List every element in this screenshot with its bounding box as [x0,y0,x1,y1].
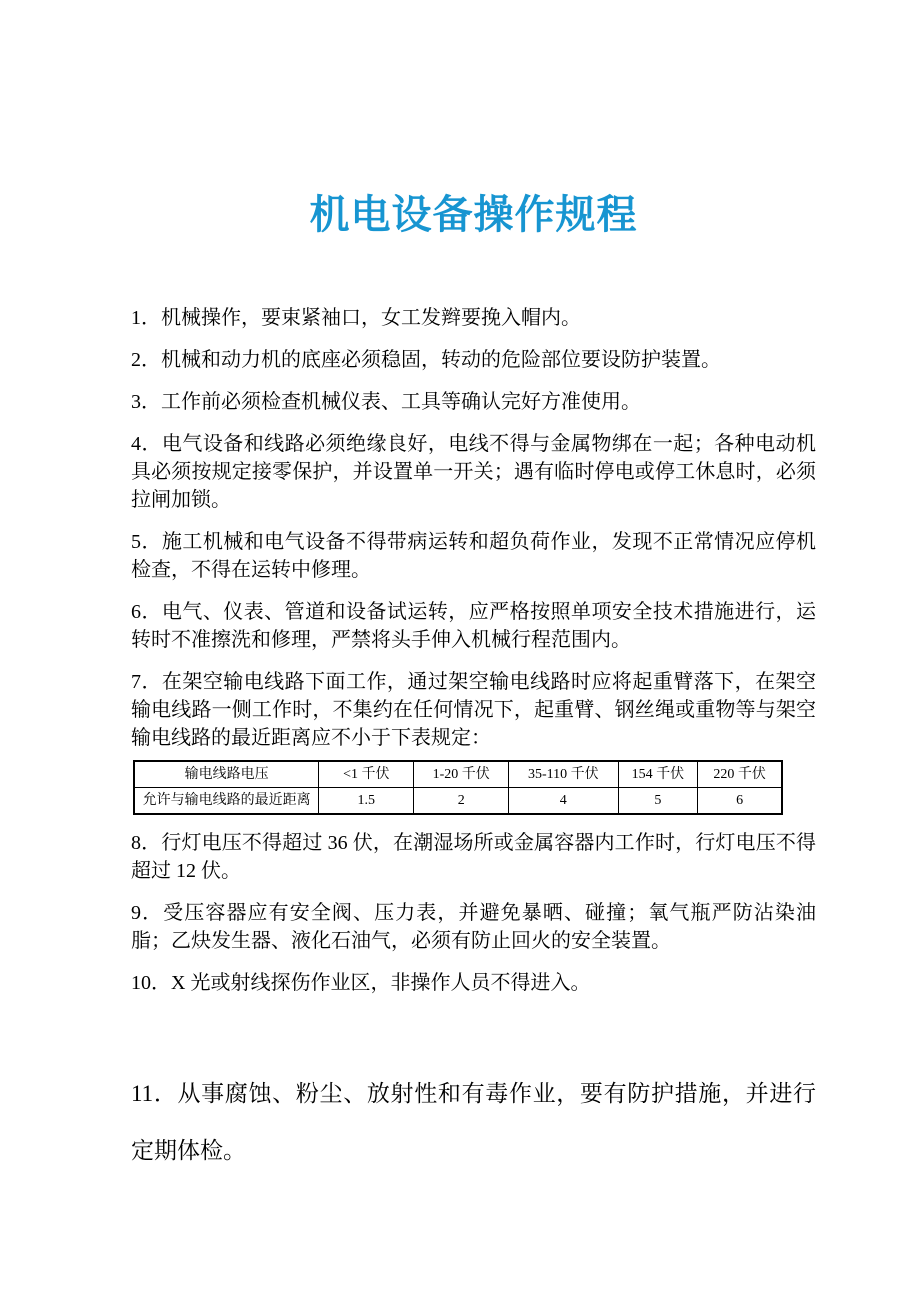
document-page: 机电设备操作规程 1．机械操作，要束紧袖口，女工发辫要挽入帽内。 2．机械和动力… [0,0,920,1302]
distance-value-cell: 1.5 [319,788,414,815]
voltage-distance-table: 输电线路电压 <1 千伏 1-20 千伏 35-110 千伏 154 千伏 22… [133,760,783,815]
voltage-header-cell: 35-110 千伏 [509,761,619,788]
rule-item-5: 5．施工机械和电气设备不得带病运转和超负荷作业，发现不正常情况应停机检查，不得在… [131,528,816,584]
distance-value-cell: 4 [509,788,619,815]
distance-label-cell: 允许与输电线路的最近距离 [134,788,319,815]
voltage-header-cell: 220 千伏 [698,761,782,788]
rule-item-4: 4．电气设备和线路必须绝缘良好，电线不得与金属物绑在一起；各种电动机具必须按规定… [131,430,816,514]
distance-value-cell: 6 [698,788,782,815]
rule-item-10: 10．X 光或射线探伤作业区，非操作人员不得进入。 [131,969,816,997]
rule-item-8: 8．行灯电压不得超过 36 伏，在潮湿场所或金属容器内工作时，行灯电压不得超过 … [131,829,816,885]
rule-item-11: 11．从事腐蚀、粉尘、放射性和有毒作业，要有防护措施，并进行定期体检。 [131,1065,816,1179]
distance-value-cell: 5 [618,788,698,815]
voltage-header-cell: <1 千伏 [319,761,414,788]
rule-item-2: 2．机械和动力机的底座必须稳固，转动的危险部位要设防护装置。 [131,346,816,374]
document-title: 机电设备操作规程 [131,190,816,240]
voltage-header-cell: 154 千伏 [618,761,698,788]
voltage-header-cell: 1-20 千伏 [414,761,509,788]
rule-item-9: 9．受压容器应有安全阀、压力表，并避免暴晒、碰撞；氧气瓶严防沾染油脂；乙炔发生器… [131,899,816,955]
rule-item-6: 6．电气、仪表、管道和设备试运转，应严格按照单项安全技术措施进行，运转时不准擦洗… [131,598,816,654]
distance-value-cell: 2 [414,788,509,815]
voltage-table-distance-row: 允许与输电线路的最近距离 1.5 2 4 5 6 [134,788,782,815]
rule-item-3: 3．工作前必须检查机械仪表、工具等确认完好方准使用。 [131,388,816,416]
voltage-header-cell: 输电线路电压 [134,761,319,788]
voltage-table-header-row: 输电线路电压 <1 千伏 1-20 千伏 35-110 千伏 154 千伏 22… [134,761,782,788]
rule-item-7: 7．在架空输电线路下面工作，通过架空输电线路时应将起重臂落下，在架空输电线路一侧… [131,668,816,752]
rule-item-1: 1．机械操作，要束紧袖口，女工发辫要挽入帽内。 [131,304,816,332]
